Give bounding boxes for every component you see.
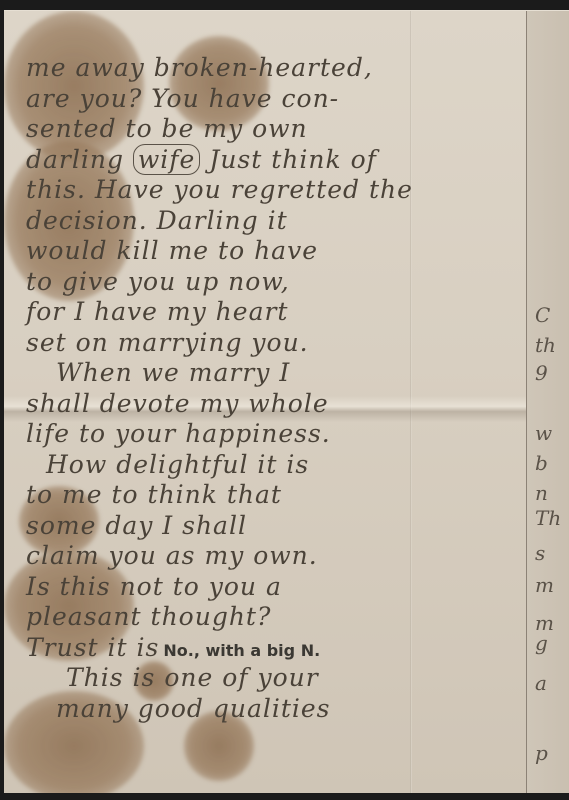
letter-line: sented to be my own [26,114,526,145]
letter-line: to me to think that [26,480,526,511]
letter-line: would kill me to have [26,236,526,267]
adjacent-text: n [535,481,548,505]
adjacent-text: Th [535,506,561,530]
adjacent-text: p [535,741,548,765]
letter-line: Trust it isNo., with a big N. [26,633,526,664]
adjacent-text: b [535,451,548,475]
letter-line: shall devote my whole [26,389,526,420]
letter-line: for I have my heart [26,297,526,328]
letter-line: are you? You have con- [26,84,526,115]
letter-line: This is one of your [26,663,526,694]
letter-line: When we marry I [26,358,526,389]
adjacent-text: s [535,541,545,565]
adjacent-text: C [535,303,550,327]
adjacent-text: a [535,671,547,695]
letter-line: Is this not to you a [26,572,526,603]
adjacent-text: g [535,631,548,655]
adjacent-text: w [535,421,552,445]
letter-line: some day I shall [26,511,526,542]
letter-page: C th 9 w b n Th s m m g a p me away brok… [4,10,569,793]
letter-line: decision. Darling it [26,206,526,237]
circled-word: wife [133,144,200,175]
letter-text: Trust it is [26,633,159,662]
adjacent-text: m [535,573,554,597]
adjacent-page: C th 9 w b n Th s m m g a p [526,11,569,793]
letter-line: me away broken-hearted, [26,53,526,84]
adjacent-text: 9 [535,361,548,385]
pencil-annotation: No., with a big N. [163,641,320,660]
letter-line: to give you up now, [26,267,526,298]
letter-line: darling wife Just think of [26,145,526,176]
scan-frame: C th 9 w b n Th s m m g a p me away brok… [0,0,569,800]
letter-line: this. Have you regretted the [26,175,526,206]
letter-line: claim you as my own. [26,541,526,572]
letter-body: me away broken-hearted, are you? You hav… [26,53,526,724]
letter-line: set on marrying you. [26,328,526,359]
letter-line: life to your happiness. [26,419,526,450]
letter-line: many good qualities [26,694,526,725]
letter-line: pleasant thought? [26,602,526,633]
adjacent-text: th [535,333,556,357]
letter-line: How delightful it is [26,450,526,481]
